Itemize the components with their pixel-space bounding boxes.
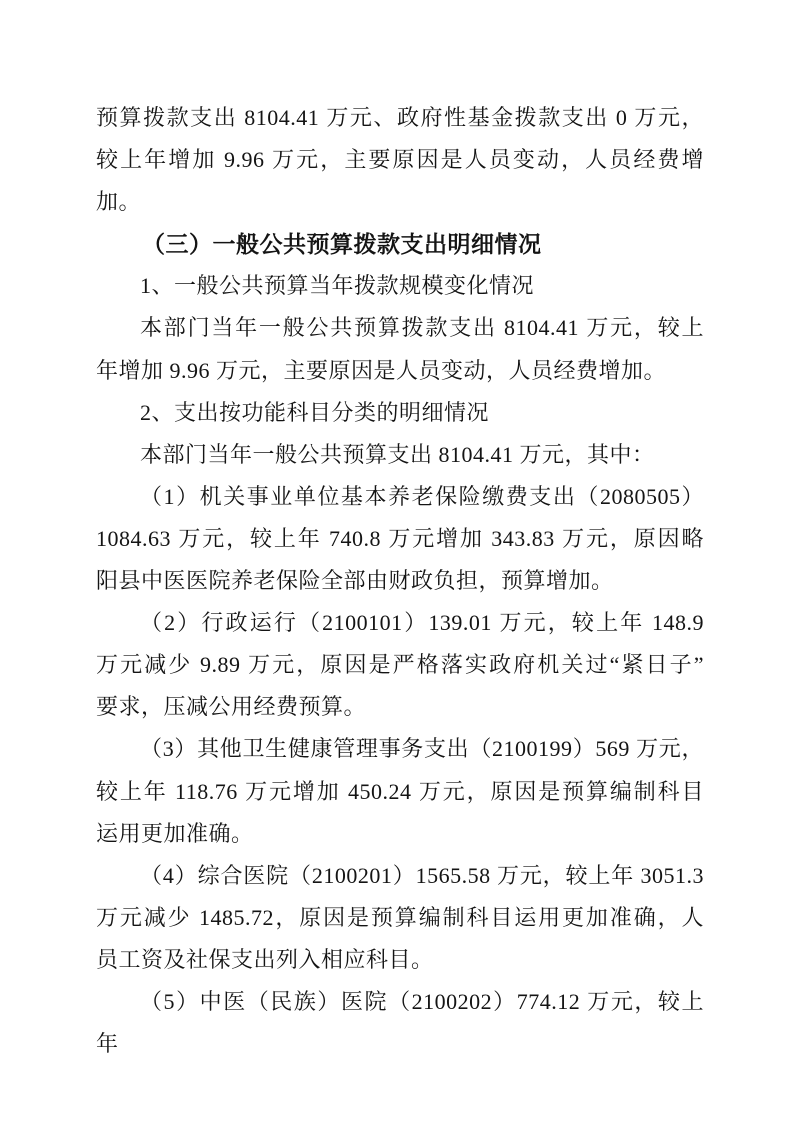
text-line: 1、一般公共预算当年拨款规模变化情况	[96, 265, 704, 307]
text-line: 2、支出按功能科目分类的明细情况	[96, 392, 704, 434]
section-heading: （三）一般公共预算拨款支出明细情况	[96, 223, 704, 265]
text-line: 较上年增加 9.96 万元，主要原因是人员变动，人员经费增	[96, 139, 704, 181]
text-line: （1）机关事业单位基本养老保险缴费支出（2080505）	[96, 476, 704, 518]
text-line: 加。	[96, 181, 704, 223]
text-line: 运用更加准确。	[96, 813, 704, 855]
text-line: 阳县中医医院养老保险全部由财政负担，预算增加。	[96, 560, 704, 602]
text-line: 万元减少 9.89 万元，原因是严格落实政府机关过“紧日子”	[96, 644, 704, 686]
text-line: 较上年 118.76 万元增加 450.24 万元，原因是预算编制科目	[96, 771, 704, 813]
text-line: （4）综合医院（2100201）1565.58 万元，较上年 3051.3	[96, 855, 704, 897]
document-page: 预算拨款支出 8104.41 万元、政府性基金拨款支出 0 万元，较上年增加 9…	[0, 0, 793, 1122]
text-line: 要求，压减公用经费预算。	[96, 686, 704, 728]
text-line: （3）其他卫生健康管理事务支出（2100199）569 万元，	[96, 728, 704, 770]
text-line: 1084.63 万元，较上年 740.8 万元增加 343.83 万元，原因略	[96, 518, 704, 560]
text-line: 年增加 9.96 万元，主要原因是人员变动，人员经费增加。	[96, 350, 704, 392]
document-content: 预算拨款支出 8104.41 万元、政府性基金拨款支出 0 万元，较上年增加 9…	[96, 97, 704, 1023]
text-line: 员工资及社保支出列入相应科目。	[96, 939, 704, 981]
text-line: （5）中医（民族）医院（2100202）774.12 万元，较上年	[96, 981, 704, 1023]
text-line: 本部门当年一般公共预算支出 8104.41 万元，其中：	[96, 434, 704, 476]
text-line: 本部门当年一般公共预算拨款支出 8104.41 万元，较上	[96, 307, 704, 349]
text-line: 预算拨款支出 8104.41 万元、政府性基金拨款支出 0 万元，	[96, 97, 704, 139]
text-line: 万元减少 1485.72，原因是预算编制科目运用更加准确，人	[96, 897, 704, 939]
text-line: （2）行政运行（2100101）139.01 万元，较上年 148.9	[96, 602, 704, 644]
